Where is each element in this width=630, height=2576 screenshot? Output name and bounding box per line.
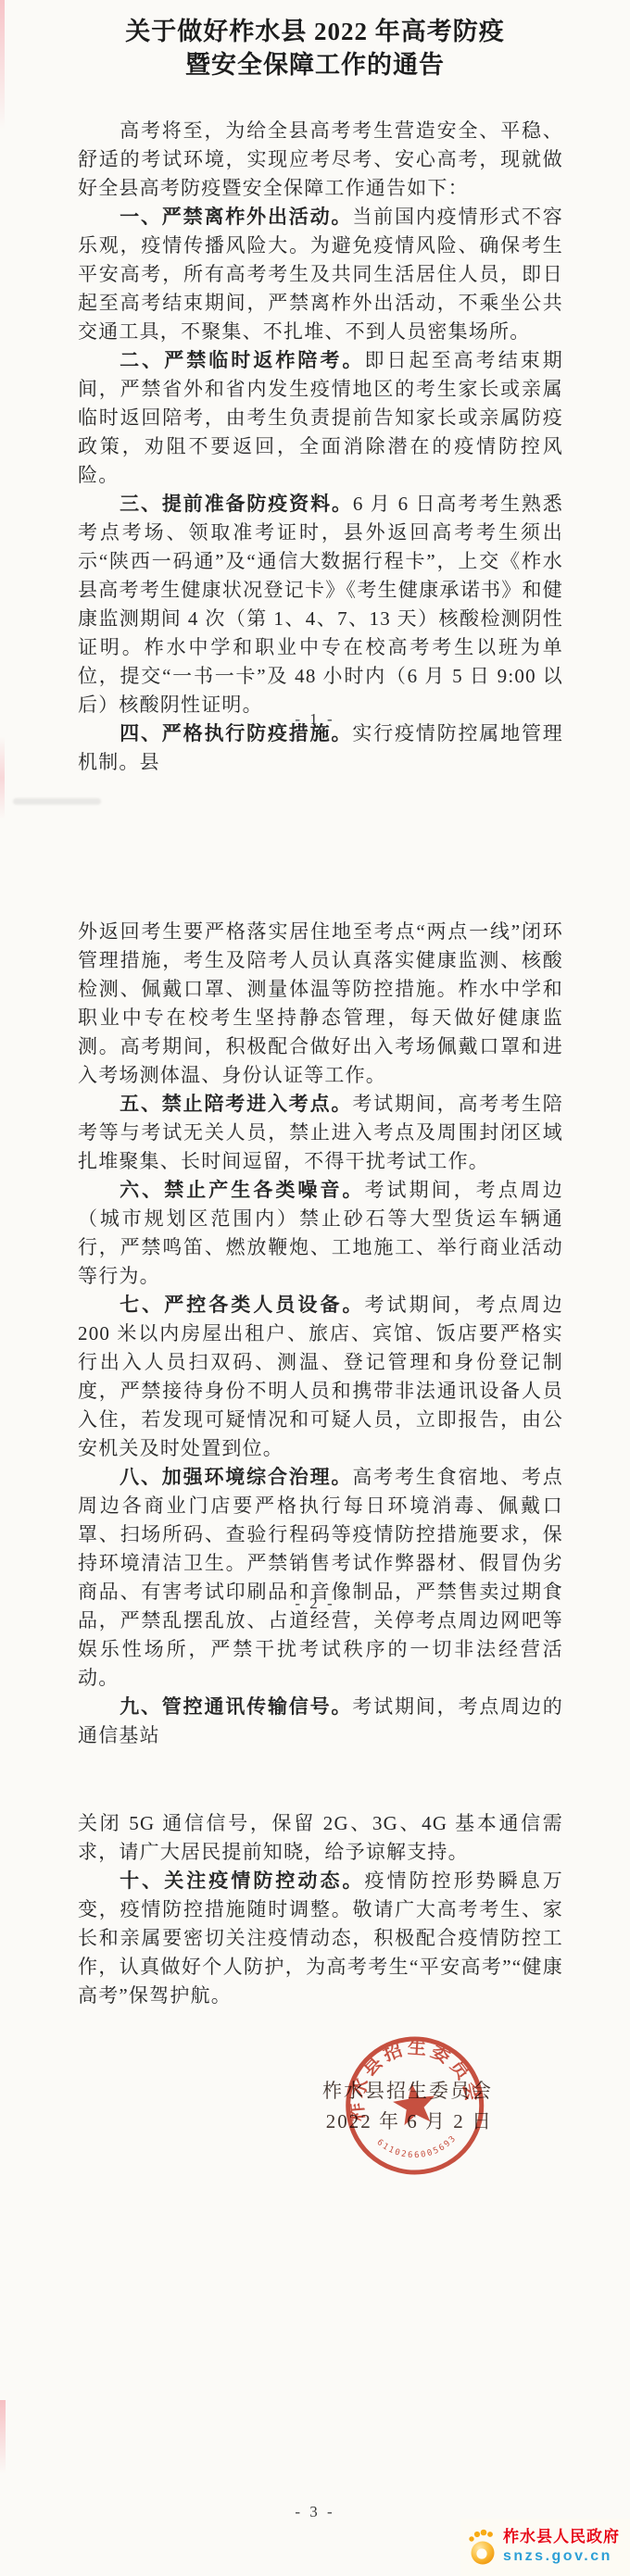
section-paragraph: 六、禁止产生各类噪音。考试期间，考点周边（城市规划区范围内）禁止砂石等大型货运车… bbox=[78, 1176, 563, 1291]
page-number-1: - 1 - bbox=[0, 709, 630, 730]
body-paragraph: 外返回考生要严格落实居住地至考点“两点一线”闭环管理措施，考生及陪考人员认真落实… bbox=[78, 918, 563, 1090]
gov-site-logo: 柞水县人民政府 snzs.gov.cn bbox=[460, 2519, 630, 2576]
signature-date: 2022 年 6 月 2 日 bbox=[322, 2107, 493, 2137]
section-paragraph: 十、关注疫情防控动态。疫情防控形势瞬息万变，疫情防控措施随时调整。敬请广大高考考… bbox=[78, 1867, 563, 2010]
section-heading: 五、禁止陪考进入考点。 bbox=[120, 1094, 352, 1115]
scan-edge-artifact bbox=[0, 2400, 6, 2474]
body-paragraph: 关闭 5G 通信信号，保留 2G、3G、4G 基本通信需求，请广大居民提前知晓，… bbox=[78, 1809, 563, 1867]
section-heading: 二、严禁临时返柞陪考。 bbox=[120, 350, 364, 371]
section-paragraph: 五、禁止陪考进入考点。考试期间，高考考生陪考等与考试无关人员，禁止进入考点及周围… bbox=[78, 1090, 563, 1176]
section-paragraph: 八、加强环境综合治理。高考考生食宿地、考点周边各商业门店要严格执行每日环境消毒、… bbox=[78, 1463, 563, 1693]
page-2-body: 外返回考生要严格落实居住地至考点“两点一线”闭环管理措施，考生及陪考人员认真落实… bbox=[78, 918, 563, 1750]
title-line-1: 关于做好柞水县 2022 年高考防疫 bbox=[0, 15, 630, 48]
signature-issuer: 柞水县招生委员会 bbox=[322, 2076, 493, 2107]
body-paragraph: 高考将至，为给全县高考考生营造安全、平稳、舒适的考试环境，实现应考尽考、安心高考… bbox=[78, 117, 563, 203]
section-heading: 六、禁止产生各类噪音。 bbox=[120, 1180, 364, 1201]
scan-smudge-artifact bbox=[13, 798, 101, 805]
gov-name-label: 柞水县人民政府 bbox=[503, 2528, 620, 2546]
section-heading: 七、严控各类人员设备。 bbox=[120, 1294, 364, 1316]
section-heading: 一、严禁离柞外出活动。 bbox=[120, 206, 352, 228]
section-paragraph: 九、管控通讯传输信号。考试期间，考点周边的通信基站 bbox=[78, 1693, 563, 1750]
section-heading: 十、关注疫情防控动态。 bbox=[120, 1870, 364, 1892]
page-3-body: 关闭 5G 通信信号，保留 2G、3G、4G 基本通信需求，请广大居民提前知晓，… bbox=[78, 1809, 563, 2010]
document-title: 关于做好柞水县 2022 年高考防疫 暨安全保障工作的通告 bbox=[0, 15, 630, 81]
section-heading: 九、管控通讯传输信号。 bbox=[120, 1696, 352, 1718]
footprint-icon bbox=[466, 2527, 501, 2568]
signature-block: 柞水县招生委员会 2022 年 6 月 2 日 bbox=[322, 2076, 493, 2137]
page-1-body: 高考将至，为给全县高考考生营造安全、平稳、舒适的考试环境，实现应考尽考、安心高考… bbox=[78, 117, 563, 777]
section-heading: 三、提前准备防疫资料。 bbox=[120, 494, 353, 515]
section-paragraph: 一、严禁离柞外出活动。当前国内疫情形式不容乐观，疫情传播风险大。为避免疫情风险、… bbox=[78, 203, 563, 346]
section-paragraph: 二、严禁临时返柞陪考。即日起至高考结束期间，严禁省外和省内发生疫情地区的考生家长… bbox=[78, 346, 563, 490]
section-paragraph: 三、提前准备防疫资料。6 月 6 日高考考生熟悉考点考场、领取准考证时，县外返回… bbox=[78, 490, 563, 719]
section-heading: 八、加强环境综合治理。 bbox=[120, 1467, 352, 1488]
scanned-notice-document: 关于做好柞水县 2022 年高考防疫 暨安全保障工作的通告 高考将至，为给全县高… bbox=[0, 0, 630, 2576]
scan-edge-artifact bbox=[0, 736, 5, 819]
section-paragraph: 七、严控各类人员设备。考试期间，考点周边 200 米以内房屋出租户、旅店、宾馆、… bbox=[78, 1291, 563, 1463]
title-line-2: 暨安全保障工作的通告 bbox=[0, 48, 630, 81]
gov-website-label: snzs.gov.cn bbox=[503, 2546, 620, 2567]
page-number-2: - 2 - bbox=[0, 1594, 630, 1614]
